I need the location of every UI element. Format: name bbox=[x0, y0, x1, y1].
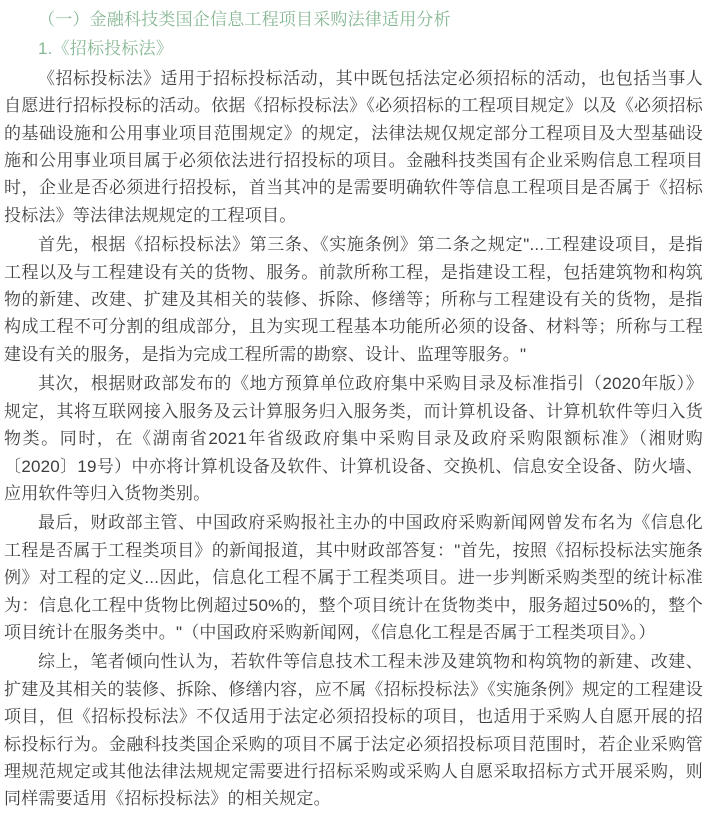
article-body: （一）金融科技类国企信息工程项目采购法律适用分析 1.《招标投标法》 《招标投标… bbox=[0, 0, 708, 820]
paragraph: 综上，笔者倾向性认为，若软件等信息技术工程未涉及建筑物和构筑物的新建、改建、扩建… bbox=[4, 648, 703, 812]
paragraph: 首先，根据《招标投标法》第三条、《实施条例》第二条之规定"...工程建设项目，是… bbox=[4, 231, 703, 368]
section-heading: （一）金融科技类国企信息工程项目采购法律适用分析 bbox=[4, 6, 703, 33]
section-subheading: 1.《招标投标法》 bbox=[4, 35, 703, 62]
paragraph: 最后，财政部主管、中国政府采购报社主办的中国政府采购新闻网曾发布名为《信息化工程… bbox=[4, 509, 703, 646]
paragraph: 《招标投标法》适用于招标投标活动，其中既包括法定必须招标的活动，也包括当事人自愿… bbox=[4, 65, 703, 229]
paragraph: 其次，根据财政部发布的《地方预算单位政府集中采购目录及标准指引（2020年版）》… bbox=[4, 370, 703, 507]
